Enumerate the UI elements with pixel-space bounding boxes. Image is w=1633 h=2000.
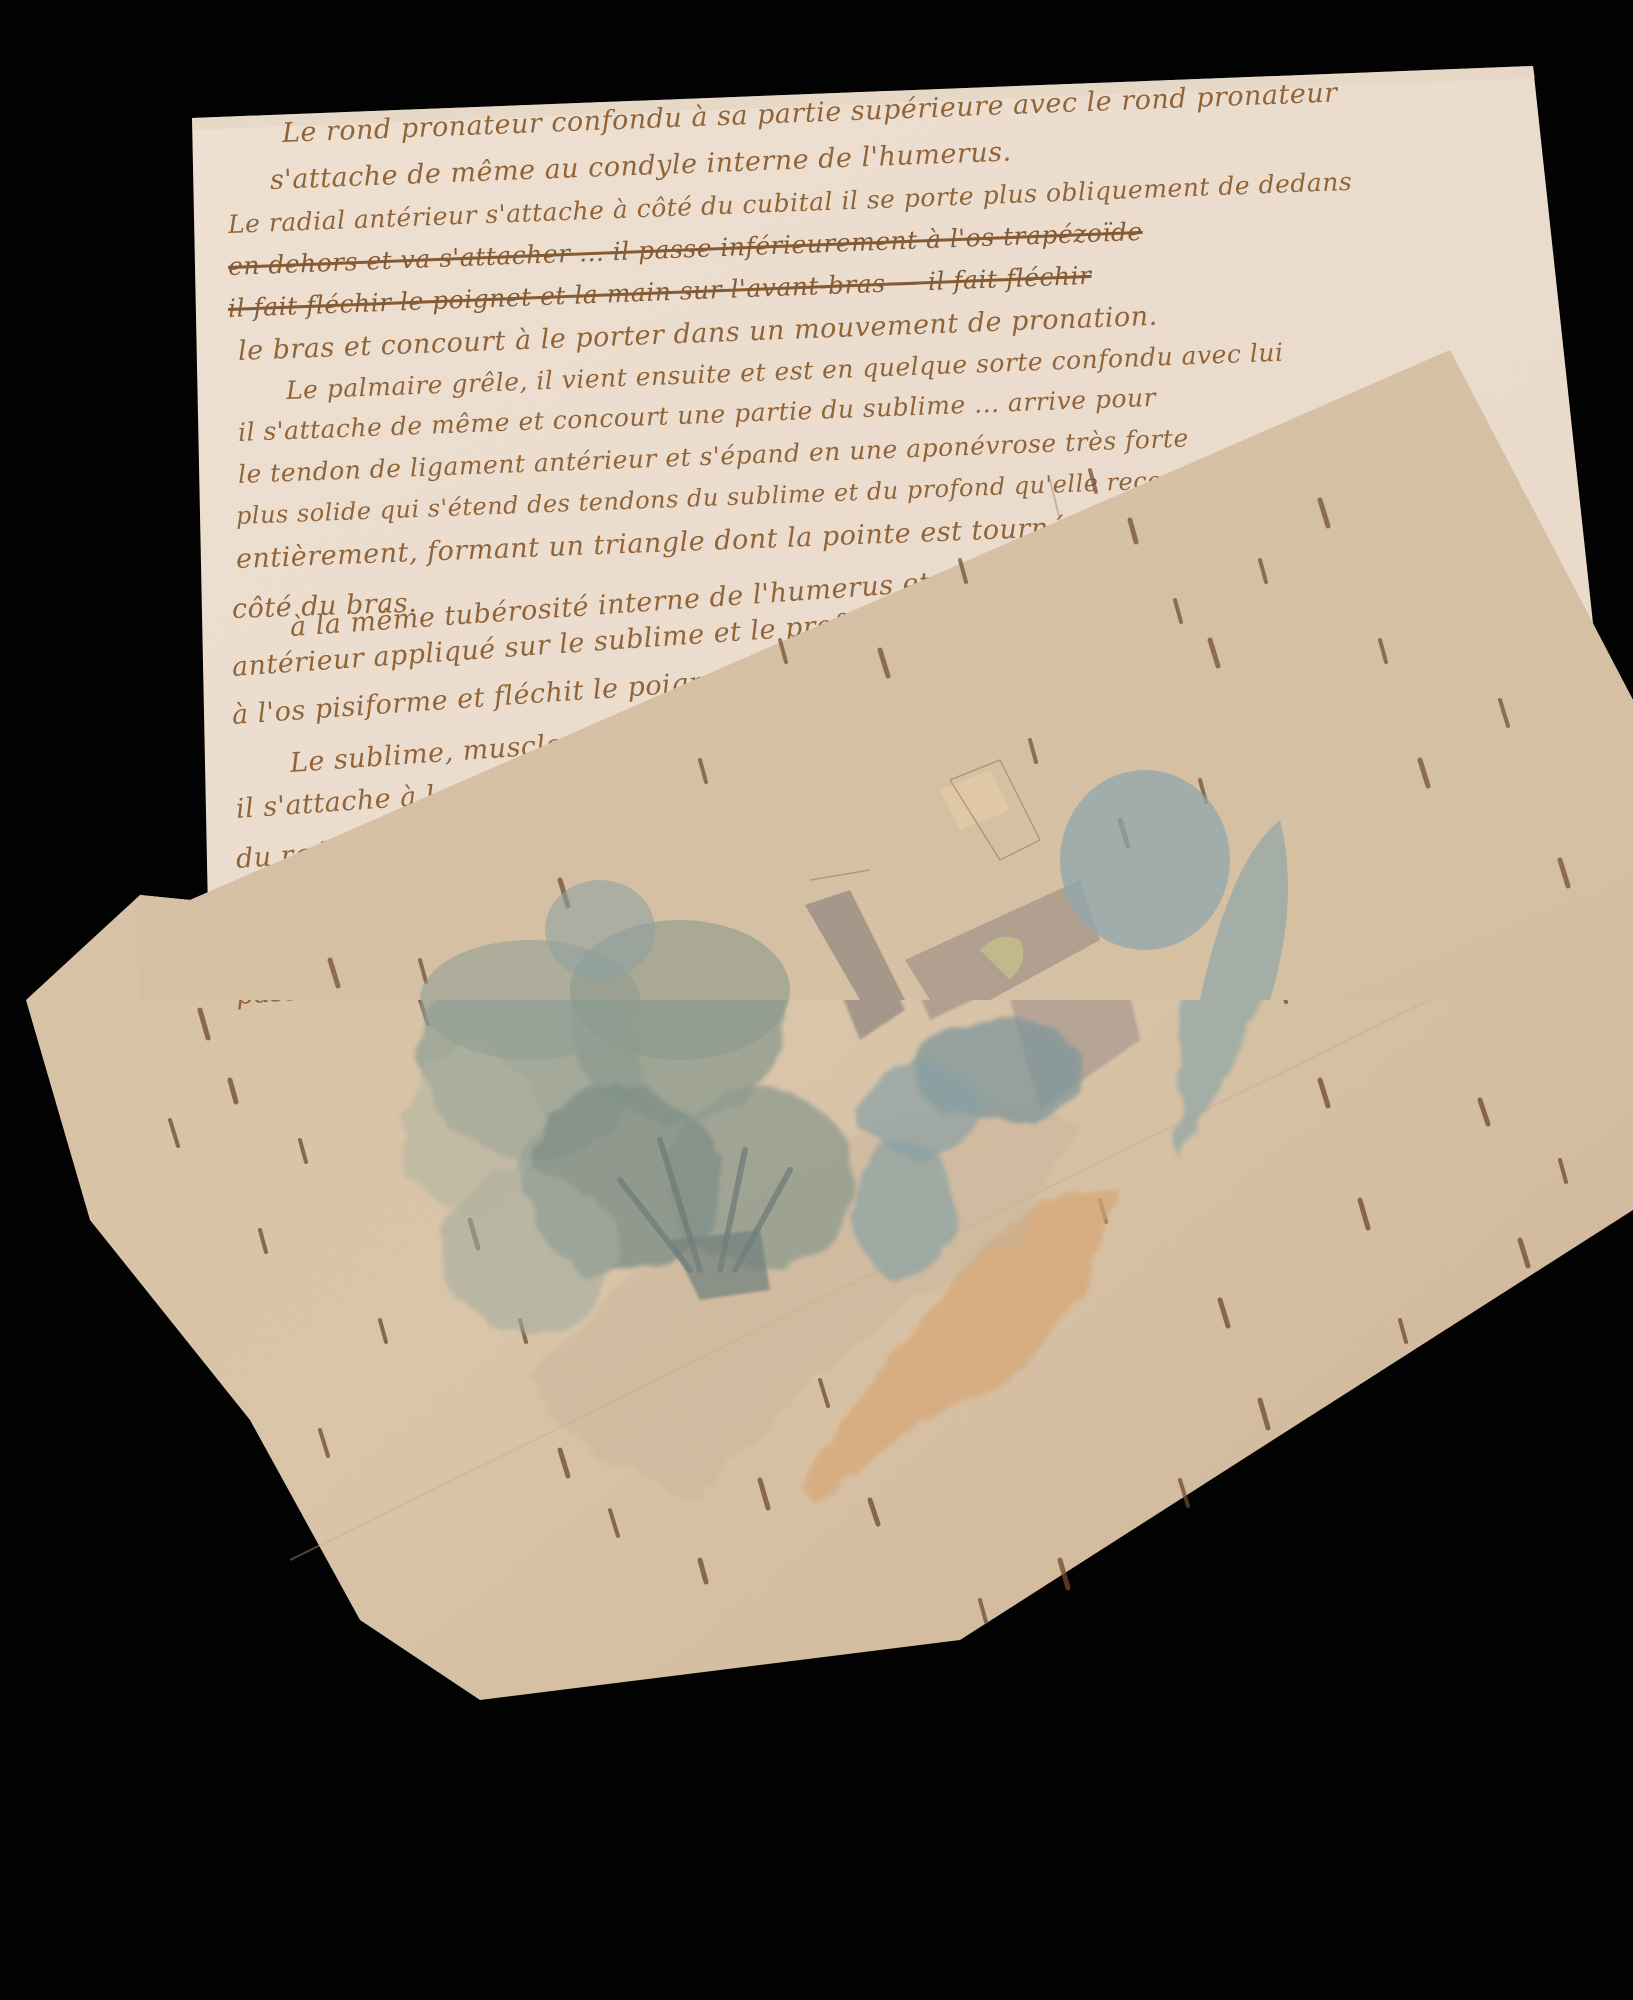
photo-background: Le rond pronateur confondu à sa partie s… [0,0,1633,2000]
tree-right [1060,770,1230,950]
documents-photo [0,0,1633,2000]
